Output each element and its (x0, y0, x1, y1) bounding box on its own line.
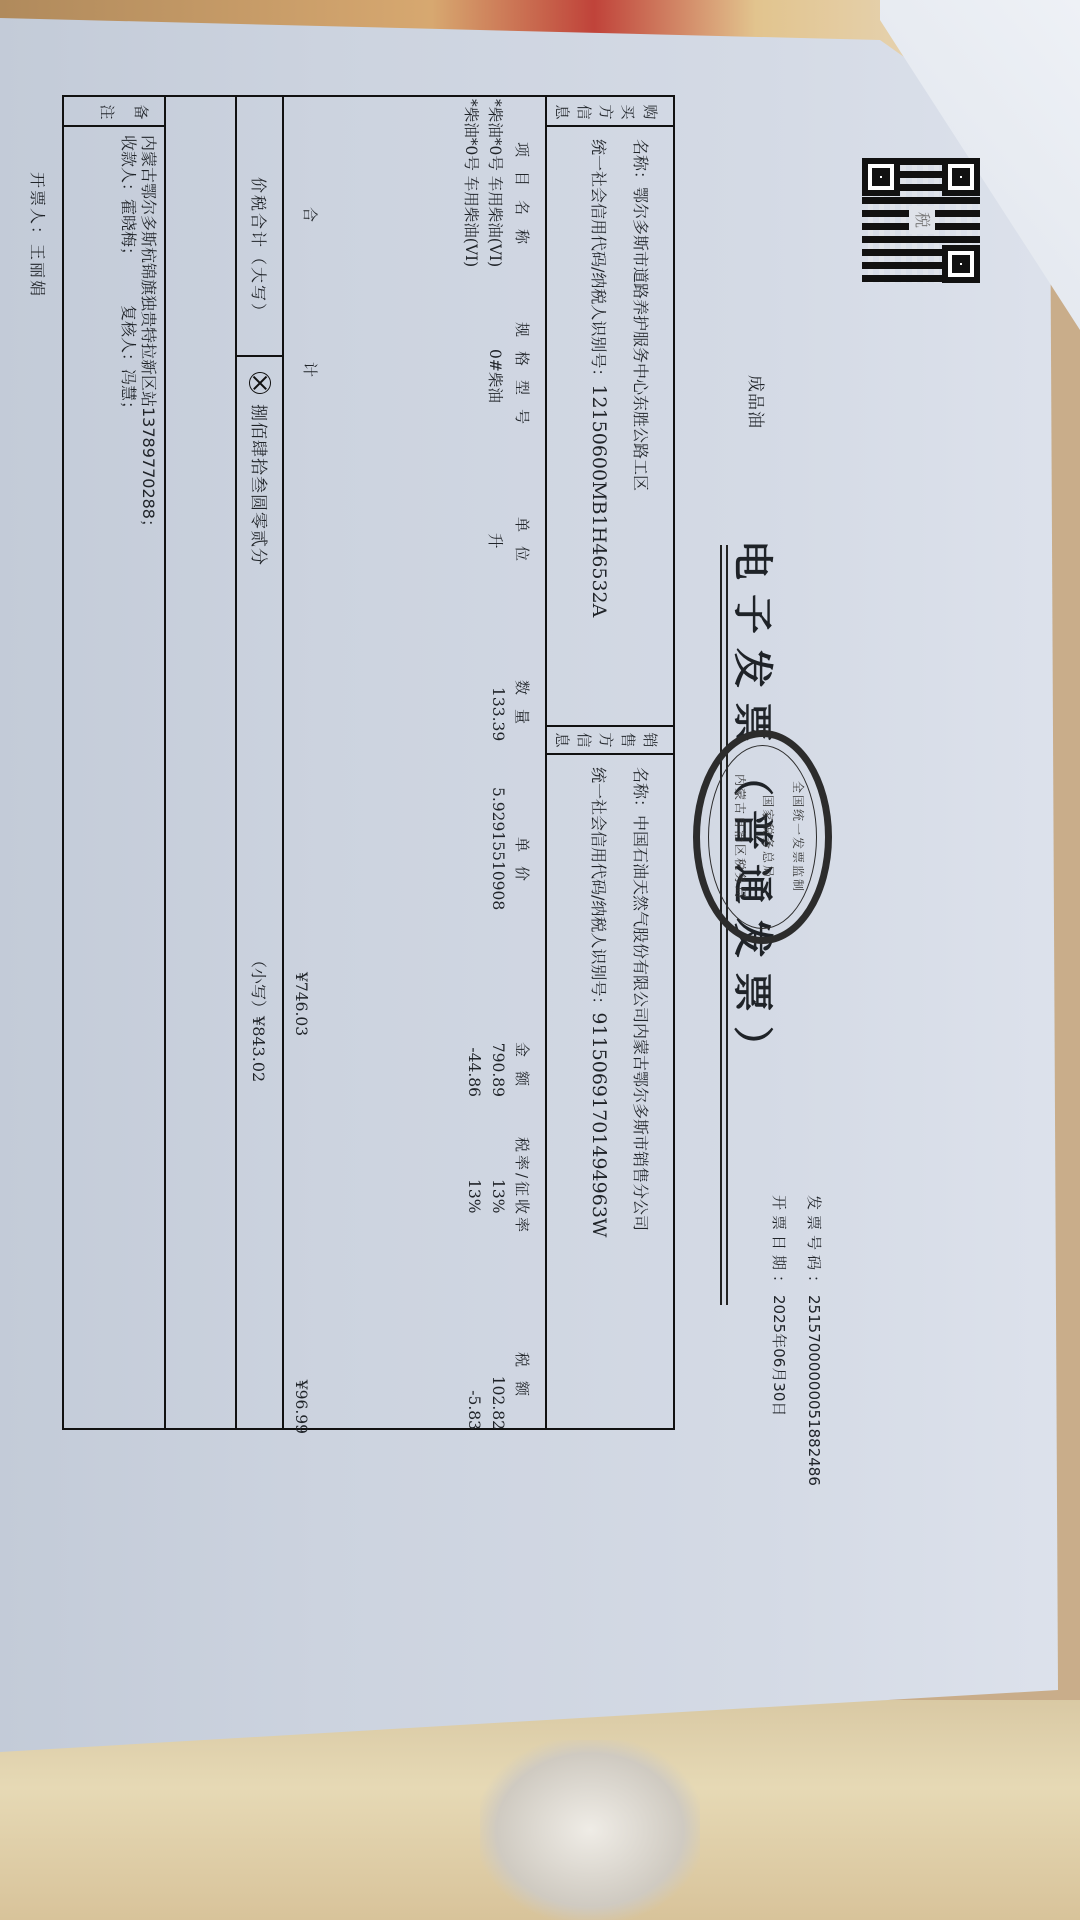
buyer-name: 名称：鄂尔多斯市道路养护服务中心东胜公路工区 (630, 139, 653, 491)
qr-code: 税 (862, 158, 980, 283)
remarks-line-1: 内蒙古鄂尔多斯杭锦旗独贵特拉新区站13789770288； (138, 135, 161, 535)
header-spec: 规格型号 (512, 322, 533, 438)
stamp-text-top: 全国统一发票监制 (790, 737, 807, 937)
title-underline (720, 545, 722, 1305)
grand-total-label: 价税合计（大写） (248, 177, 271, 321)
seller-tax-id-value: 91150691701494963W (588, 1012, 610, 1237)
item-tax: 102.82 (489, 1322, 507, 1430)
header-quantity: 数量 (512, 680, 533, 738)
header-tax: 税额 (512, 1352, 533, 1410)
totals-divider (283, 97, 285, 1428)
grand-total-upper-value: 捌佰肆拾叁圆零贰分 (248, 404, 268, 566)
item-name: *柴油*0号 车用柴油(VI) (461, 99, 483, 267)
grand-total-lower-value: ¥843.02 (249, 1016, 268, 1082)
qr-finder (862, 158, 900, 196)
stamp-text-middle: 国家税务总局 (760, 737, 777, 937)
grand-total-lower: （小写）¥843.02 (248, 952, 271, 1082)
item-tax: -5.83 (465, 1322, 483, 1430)
invoice-number-value: 25157000000051882486 (805, 1295, 823, 1486)
remarks-line-2: 收款人：霍晓梅；复核人：冯慧； (118, 135, 141, 417)
item-quantity: 133.39 (489, 687, 507, 741)
item-spec: 0#柴油 (485, 349, 507, 403)
grand-total-upper: 捌佰肆拾叁圆零贰分 (248, 372, 273, 566)
item-unit-price: 5.92915510908 (489, 787, 507, 910)
seller-tax-id: 统一社会信用代码/纳税人识别号：91150691701494963W (588, 767, 611, 1237)
buyer-name-value: 鄂尔多斯市道路养护服务中心东胜公路工区 (631, 187, 650, 491)
buyer-section-label: 购买方信息 (551, 101, 661, 123)
reviewer-name: 冯慧； (119, 369, 138, 417)
header-unit-price: 单价 (512, 837, 533, 895)
header-tax-rate: 税率/征收率 (512, 1137, 533, 1235)
total-label: 合计 (300, 207, 321, 517)
invoice-category: 成品油 (745, 375, 770, 429)
item-unit: 升 (485, 533, 507, 549)
item-tax-rate: 13% (465, 1179, 483, 1213)
issue-date-label: 开票日期： (770, 1195, 788, 1295)
remarks-divider (165, 97, 167, 1428)
issuer: 开票人：王丽娟 (27, 172, 50, 298)
tax-bureau-stamp: 全国统一发票监制 国家税务总局 内蒙古自治区税务局 (693, 730, 832, 944)
invoice-number: 发票号码：25157000000051882486 (804, 1195, 825, 1486)
total-amount: ¥746.03 (292, 972, 310, 1036)
issue-date: 开票日期：2025年06月30日 (769, 1195, 790, 1416)
seller-section-label: 销售方信息 (551, 729, 661, 751)
party-divider (546, 97, 548, 1428)
header-item-name: 项目名称 (512, 142, 533, 258)
seller-name: 名称：中国石油天然气股份有限公司内蒙古鄂尔多斯市销售分公司 (630, 767, 653, 1231)
item-name: *柴油*0号 车用柴油(VI) (485, 99, 507, 267)
stamp-text-bottom: 内蒙古自治区税务局 (732, 737, 749, 937)
invoice-table: 购买方信息 名称：鄂尔多斯市道路养护服务中心东胜公路工区 统一社会信用代码/纳税… (62, 95, 675, 1430)
total-tax: ¥96.99 (292, 1322, 310, 1434)
buyer-tax-id: 统一社会信用代码/纳税人识别号：12150600MB1H46532A (588, 139, 611, 617)
payee-name: 霍晓梅； (119, 199, 138, 263)
grand-total-divider (236, 97, 238, 1428)
buyer-tax-id-value: 12150600MB1H46532A (588, 384, 610, 617)
qr-tax-mark: 税 (909, 206, 935, 234)
header-amount: 金额 (512, 1042, 533, 1100)
invoice-document: 税 成品油 电子发票（普通发票） 全国统一发票监制 国家税务总局 内蒙古自治区税… (0, 0, 1080, 1920)
item-amount: -44.86 (465, 987, 483, 1097)
item-tax-rate: 13% (489, 1179, 507, 1213)
currency-cross-icon (249, 372, 271, 394)
issuer-name: 王丽娟 (28, 244, 47, 298)
issue-date-value: 2025年06月30日 (770, 1295, 788, 1416)
invoice-number-label: 发票号码： (805, 1195, 823, 1295)
header-unit: 单位 (512, 517, 533, 575)
item-amount: 790.89 (489, 987, 507, 1097)
remarks-section-label: 备注 (90, 101, 158, 123)
seller-name-value: 中国石油天然气股份有限公司内蒙古鄂尔多斯市销售分公司 (631, 815, 650, 1231)
